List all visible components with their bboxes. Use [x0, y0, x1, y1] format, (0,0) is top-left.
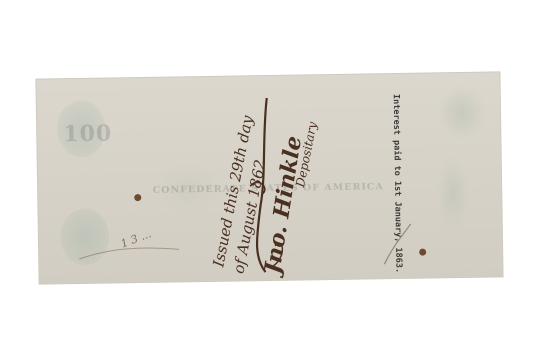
- ink-dot-right: [419, 249, 426, 256]
- bank-note-reverse: 100 CONFEDERATE STATES OF AMERICA Issued…: [36, 72, 502, 283]
- signature-flourish-icon: [36, 72, 502, 283]
- ink-dot-left: [134, 194, 141, 201]
